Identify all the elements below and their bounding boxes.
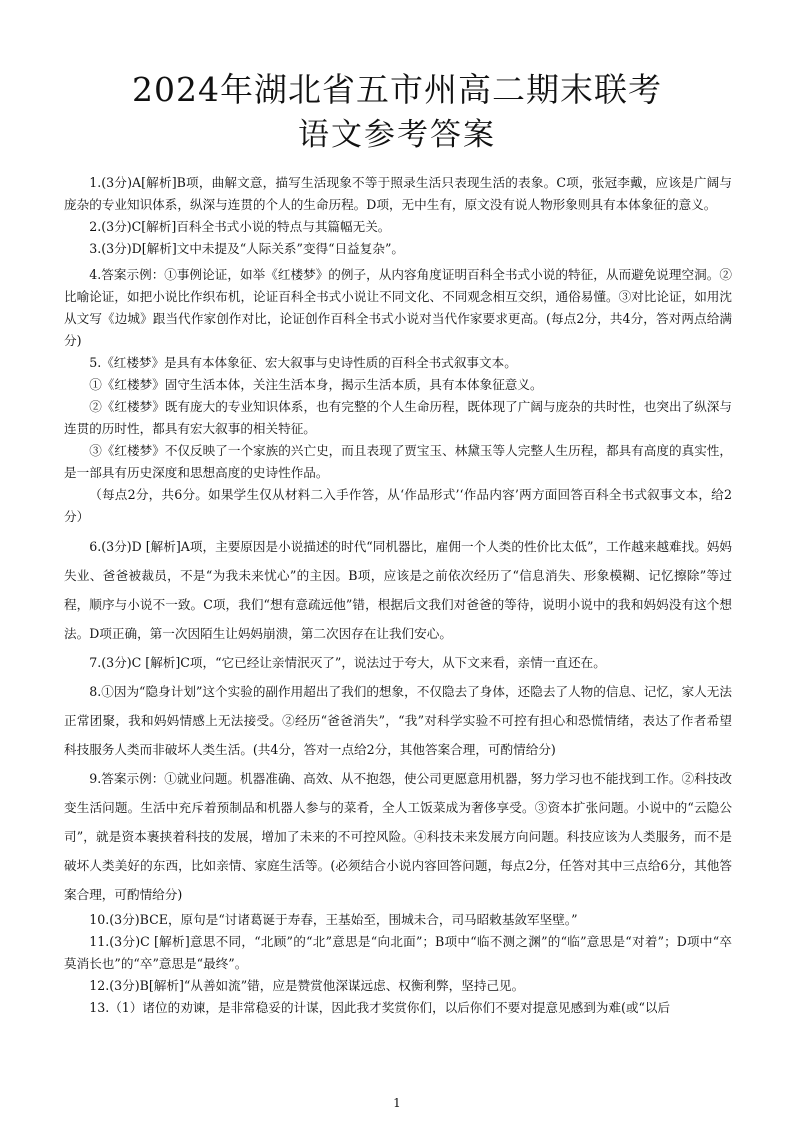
answer-q5: 5.《红楼梦》是具有本体象征、宏大叙事与史诗性质的百科全书式叙事文本。 <box>64 352 732 374</box>
answer-q13: 13.（1）诸位的劝谏，是非常稳妥的计谋，因此我才奖赏你们，以后你们不要对提意见… <box>64 997 732 1019</box>
answer-q5-point3: ③《红楼梦》不仅反映了一个家族的兴亡史，而且表现了贾宝玉、林黛玉等人完整人生历程… <box>64 440 732 484</box>
answer-q5-point2: ②《红楼梦》既有庞大的专业知识体系，也有完整的个人生命历程，既体现了广阔与庞杂的… <box>64 396 732 440</box>
answer-q1: 1.(3分)A[解析]B项，曲解文意，描写生活现象不等于照录生活只表现生活的表象… <box>64 172 732 216</box>
answer-q4: 4.答案示例：①事例论证，如举《红楼梦》的例子，从内容角度证明百科全书式小说的特… <box>64 264 732 352</box>
document-page: 2024年湖北省五市州高二期末联考 语文参考答案 1.(3分)A[解析]B项，曲… <box>0 0 794 1123</box>
answer-q9: 9.答案示例：①就业问题。机器准确、高效、从不抱怨，使公司更愿意用机器，努力学习… <box>64 764 732 909</box>
page-title: 2024年湖北省五市州高二期末联考 <box>0 68 794 112</box>
answer-q2: 2.(3分)C[解析]百科全书式小说的特点与其篇幅无关。 <box>64 216 732 238</box>
page-number: 1 <box>0 1096 794 1110</box>
answer-q7: 7.(3分)C [解析]C项，“它已经让亲情泯灭了”，说法过于夸大，从下文来看，… <box>64 648 732 677</box>
answer-q5-scoring-note: （每点2分，共6分。如果学生仅从材料二入手作答，从‘作品形式’‘作品内容’两方面… <box>64 484 732 528</box>
answer-q10: 10.(3分)BCE，原句是“讨诸葛诞于寿春，王基始至，围城未合，司马昭敕基敛军… <box>64 909 732 931</box>
answer-q5-point1: ①《红楼梦》固守生活本体，关注生活本身，揭示生活本质，具有本体象征意义。 <box>64 374 732 396</box>
answer-body: 1.(3分)A[解析]B项，曲解文意，描写生活现象不等于照录生活只表现生活的表象… <box>64 172 732 1019</box>
page-subtitle: 语文参考答案 <box>0 113 794 157</box>
answer-q12: 12.(3分)B[解析]“从善如流”错，应是赞赏他深谋远虑、权衡利弊，坚持己见。 <box>64 975 732 997</box>
answer-q3: 3.(3分)D[解析]文中未提及“人际关系”变得“日益复杂”。 <box>64 238 732 260</box>
answer-q8: 8.①因为“隐身计划”这个实验的副作用超出了我们的想象，不仅隐去了身体，还隐去了… <box>64 677 732 764</box>
answer-q6: 6.(3分)D [解析]A项，主要原因是小说描述的时代“同机器比，雇佣一个人类的… <box>64 532 732 648</box>
answer-q11: 11.(3分)C [解析]意思不同，“北顾”的“北”意思是“向北面”；B项中“临… <box>64 931 732 975</box>
